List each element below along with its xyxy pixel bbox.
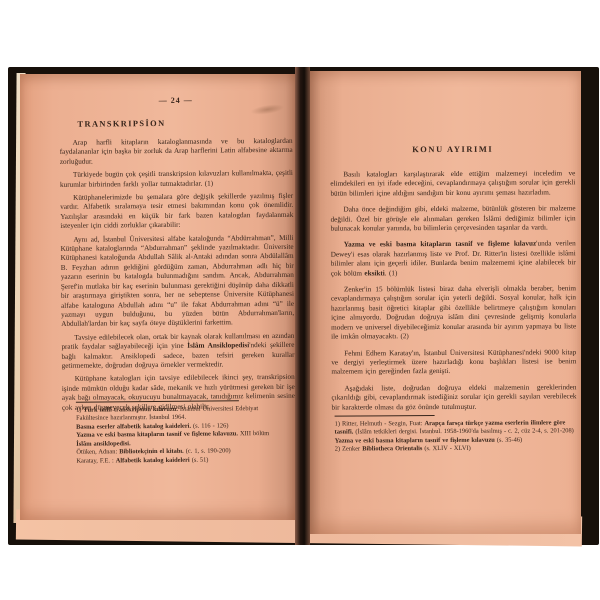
text-run: 2) Zenker	[335, 445, 362, 452]
left-page-content: — 24 — TRANSKRIPSİON Arap harfli kitapla…	[18, 73, 299, 521]
footnote: 1) Türk milli transkripsion kılavuzu. İs…	[76, 404, 292, 423]
text-run: XIII bölüm	[238, 430, 269, 437]
bold-text-run: Yazma ve eski basma kitapların tasnif ve…	[335, 436, 495, 444]
right-page-heading: KONU AYIRIMI	[330, 144, 575, 154]
text-run: Aynı ad, İstanbul Üniversitesi alfabe ka…	[61, 233, 295, 328]
text-run: Daha önce değindiğim gibi, eldeki malzem…	[331, 205, 576, 233]
bold-text-run: İslâm ansiklopedisi.	[76, 440, 130, 447]
bold-text-run: Yazma ve eski basma kitapların tasnif ve…	[344, 240, 537, 249]
text-run: 1) Ritter, Helmuth - Sezgin, Fuat:	[335, 420, 425, 427]
left-footnote-list: 1) Türk milli transkripsion kılavuzu. İs…	[76, 404, 293, 465]
bold-text-run: Alfabetik katalog kaideleri	[116, 456, 190, 464]
paragraph: Aynı ad, İstanbul Üniversitesi alfabe ka…	[60, 233, 294, 329]
footnote: Karatay, F.E. : Alfabetik katalog kaidel…	[76, 455, 292, 465]
paragraph: Kütüphanelerimizde bu şemalara göre deği…	[60, 192, 293, 232]
text-run: Fehmi Edhem Karatay'ın, İstanbul Ünivers…	[331, 348, 576, 376]
paragraph: Tavsiye edilebilecek olan, ortak bir kay…	[61, 332, 294, 372]
paragraph: Aşağıdaki liste, doğrudan doğruya eldeki…	[331, 383, 576, 413]
text-run: Aşağıdaki liste, doğrudan doğruya eldeki…	[331, 383, 576, 411]
text-run: Zenker'in 15 bölümlük listesi biraz daha…	[331, 284, 576, 340]
right-page-footnotes: 1) Ritter, Helmuth - Sezgin, Fuat: Arapç…	[335, 414, 577, 454]
footnote: 1) Ritter, Helmuth - Sezgin, Fuat: Arapç…	[335, 419, 577, 437]
paragraph: Yazma ve eski basma kitapların tasnif ve…	[331, 240, 576, 279]
text-run: Türkiyede bugün çok çeşitli transkripsio…	[60, 169, 293, 188]
text-run: (s. 51)	[190, 456, 209, 463]
bold-text-run: Bibliotheca Orientalis	[362, 445, 422, 452]
text-run: (c. 1, s. 190-200)	[184, 447, 231, 454]
footnote-rule	[335, 415, 435, 417]
text-run: (s. 35-46)	[495, 436, 522, 443]
text-run: Basılı katalogları karşılaştırarak elde …	[330, 169, 575, 197]
right-page-content: KONU AYIRIMI Basılı katalogları karşılaş…	[309, 70, 582, 534]
book-photo: — 24 — TRANSKRIPSİON Arap harfli kitapla…	[0, 0, 600, 600]
ink-smudge	[250, 103, 285, 117]
paragraph: Türkiyede bugün çok çeşitli transkripsio…	[60, 169, 293, 190]
paragraph: Arap harfli kitapların kataloglanmasında…	[60, 137, 293, 167]
text-run: Kütüphanelerimizde bu şemalara göre deği…	[60, 192, 293, 230]
left-page-footnotes: 1) Türk milli transkripsion kılavuzu. İs…	[76, 400, 293, 466]
text-run: . (1)	[385, 269, 398, 277]
text-run: (s. 116 - 126)	[191, 422, 228, 429]
right-page-body: Basılı katalogları karşılaştırarak elde …	[330, 169, 576, 419]
bold-text-run: Yazma ve eski basma kitapların tasnif ve…	[76, 430, 238, 438]
bold-text-run: İslâm Ansiklopedisi	[187, 341, 249, 350]
bold-text-run: Türk milli transkripsion kılavuzu.	[83, 405, 178, 413]
paragraph: Basılı katalogları karşılaştırarak elde …	[330, 169, 575, 199]
text-run: (s. XLIV - XLVI)	[422, 445, 470, 452]
text-run: Karatay, F.E. :	[76, 457, 115, 464]
paragraph: Zenker'in 15 bölümlük listesi biraz daha…	[331, 284, 576, 342]
footnote-rule	[76, 400, 239, 402]
page-number: — 24 —	[59, 95, 292, 106]
left-page-body: Arap harfli kitapların kataloglanmasında…	[60, 137, 295, 417]
right-page: KONU AYIRIMI Basılı katalogları karşılaş…	[310, 71, 581, 534]
paragraph: Daha önce değindiğim gibi, eldeki malzem…	[330, 205, 575, 235]
text-run: Arap harfli kitapların kataloglanmasında…	[60, 137, 293, 166]
left-page: — 24 — TRANSKRIPSİON Arap harfli kitapla…	[20, 74, 297, 520]
bold-text-run: eksikti	[364, 269, 384, 277]
book-gutter	[295, 67, 310, 545]
left-page-heading: TRANSKRIPSİON	[77, 119, 165, 129]
footnote: 2) Zenker Bibliotheca Orientalis (s. XLI…	[335, 444, 577, 454]
paragraph: Fehmi Edhem Karatay'ın, İstanbul Ünivers…	[331, 348, 576, 378]
bold-text-run: Basma eserler alfabetik katalog kaideler…	[76, 422, 191, 430]
bold-text-run: Bibliotekçinin el kitabı.	[119, 448, 184, 456]
text-run: Ötüken, Adnan:	[76, 448, 119, 455]
text-run: (İslâm tetkikleri dergisi. İstanbul. 195…	[353, 427, 574, 435]
right-footnote-list: 1) Ritter, Helmuth - Sezgin, Fuat: Arapç…	[335, 419, 577, 454]
